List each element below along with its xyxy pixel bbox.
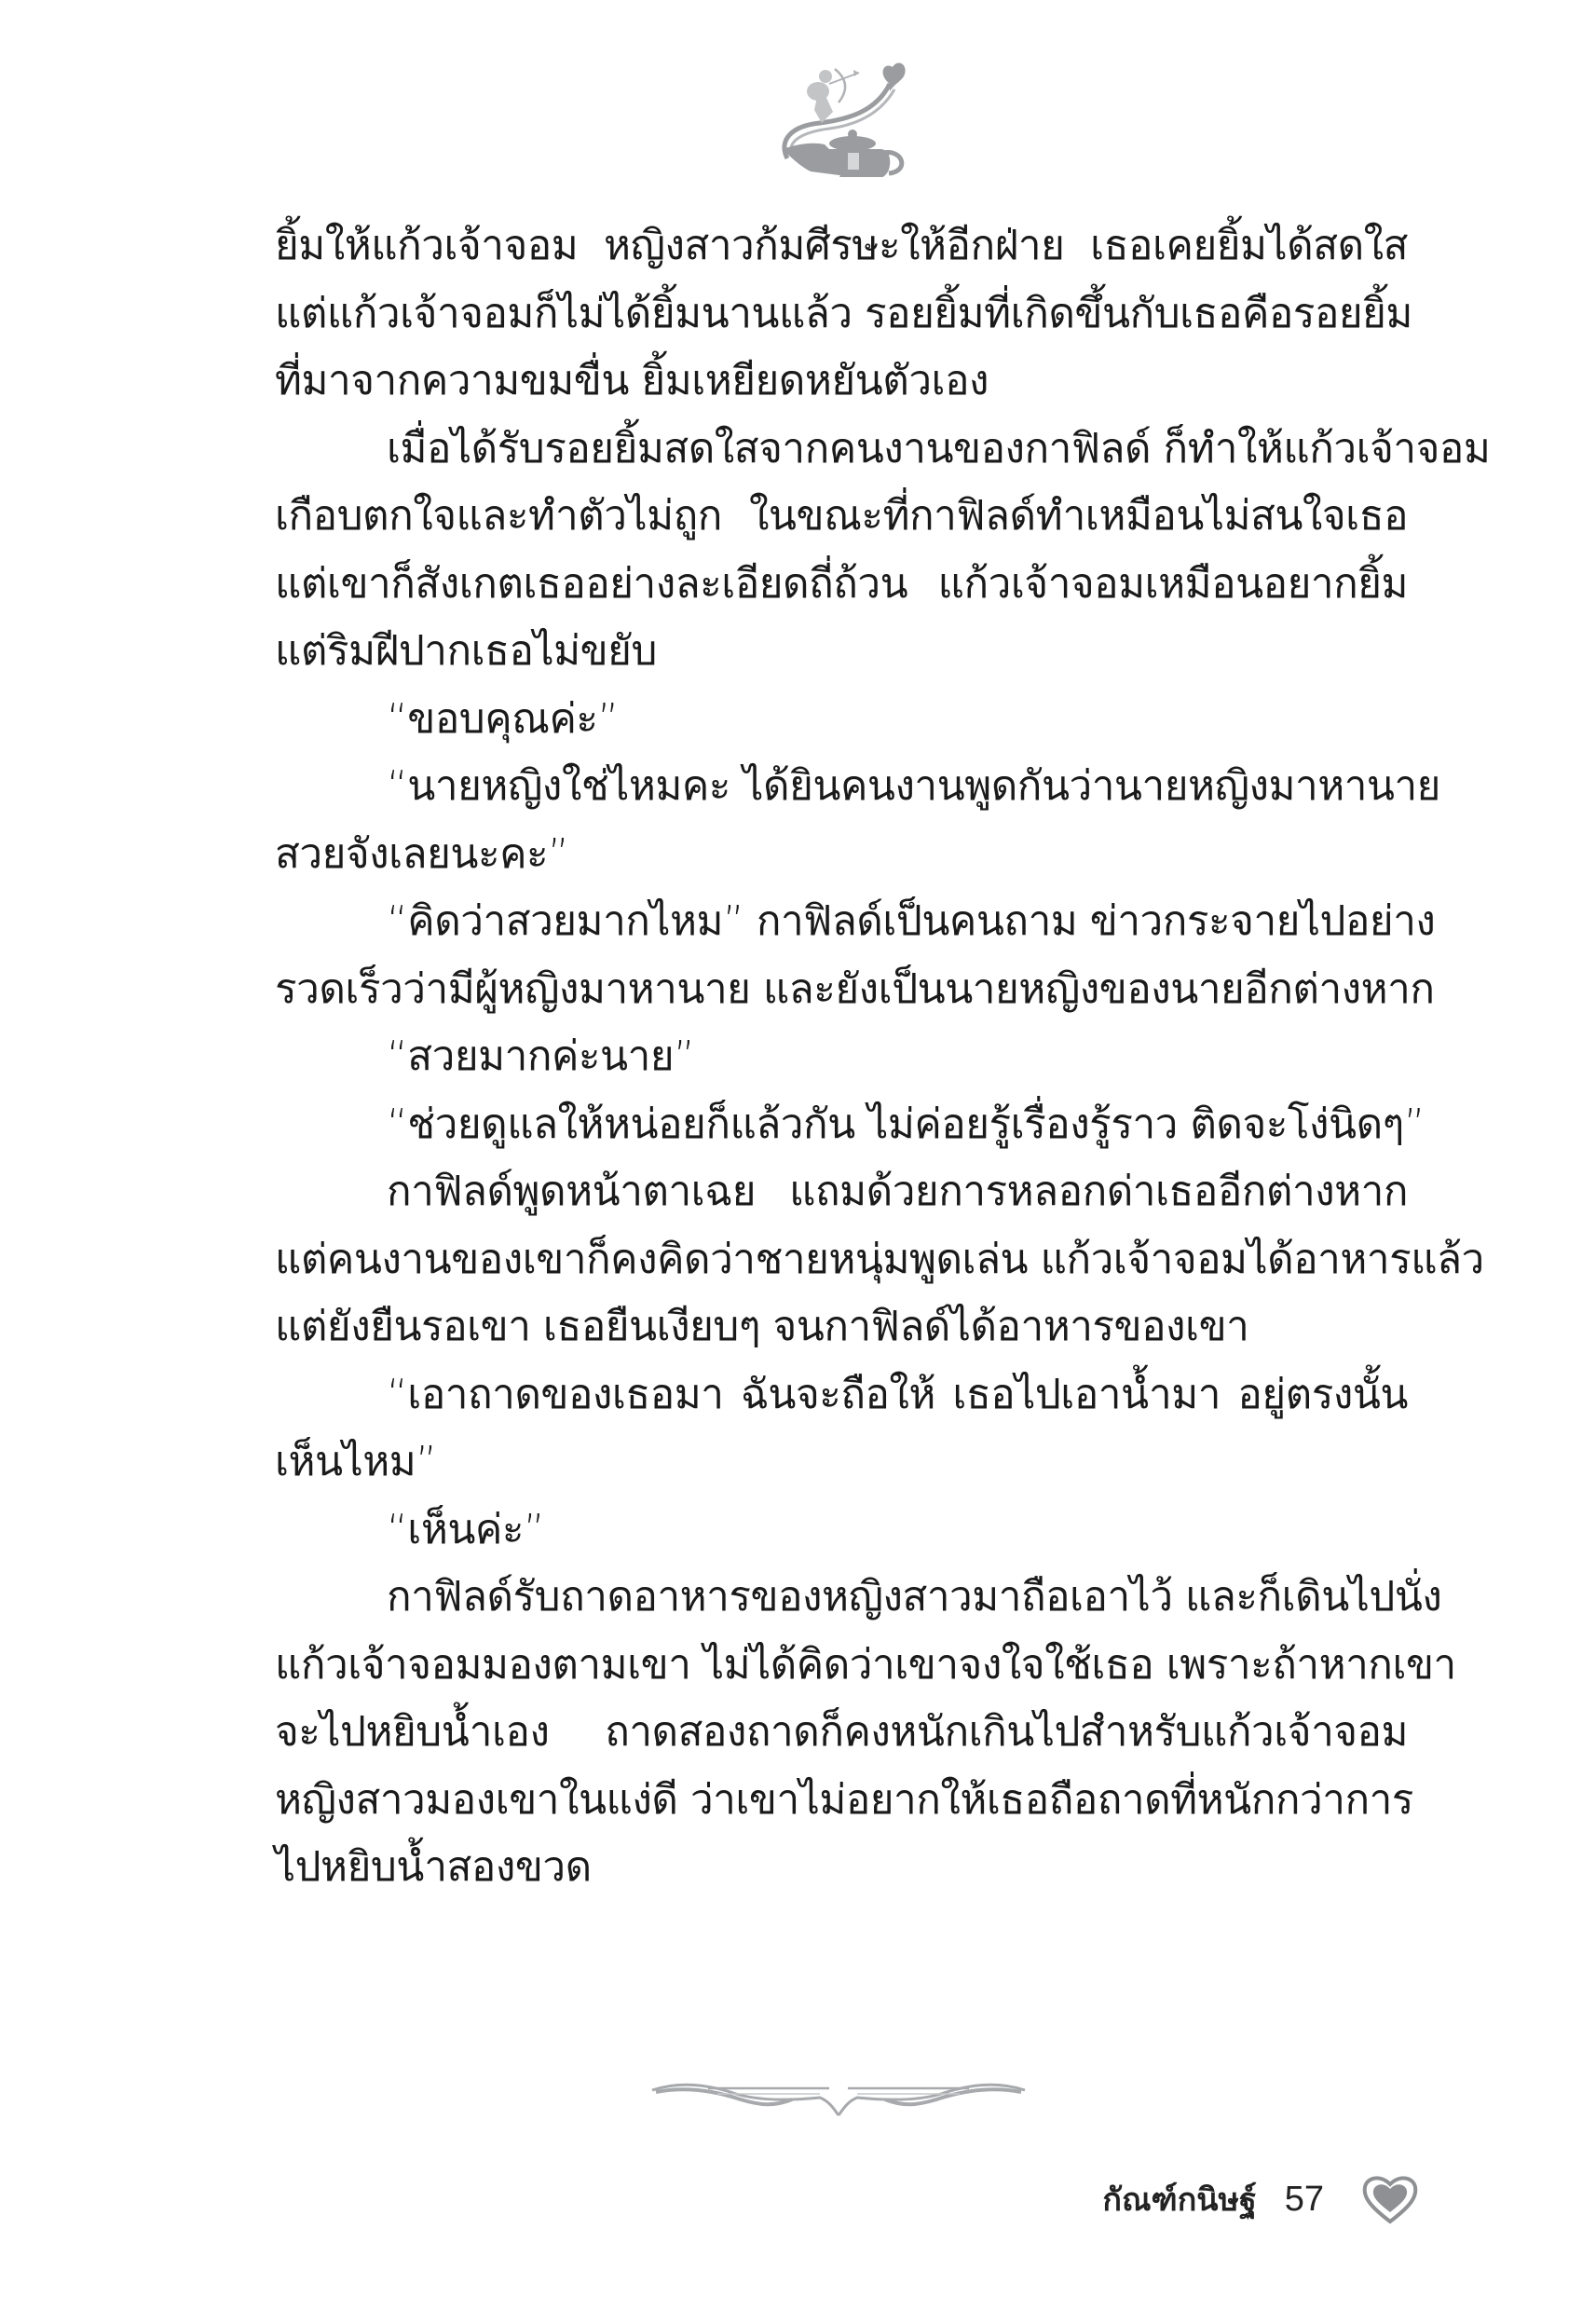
text-line-16: แต่คนงานของเขาก็คงคิดว่าชายหนุ่มพูดเล่น … [275,1226,1408,1294]
text-line-3: ที่มาจากความขมขื่น ยิ้มเหยียดหยันตัวเอง [275,348,1408,416]
text-line-17: แต่ยังยืนรอเขา เธอยืนเงียบๆ จนกาฟิลด์ได้… [275,1293,1408,1361]
text-line-2: แต่แก้วเจ้าจอมก็ไม่ได้ยิ้มนานแล้ว รอยยิ้… [275,280,1408,349]
text-line-14: “ช่วยดูแลให้หน่อยก็แล้วกัน ไม่ค่อยรู้เรื… [275,1091,1408,1159]
author-name: กัณฑ์กนิษฐ์ [1102,2174,1256,2224]
text-line-12: รวดเร็วว่ามีผู้หญิงมาหานาย และยังเป็นนาย… [275,956,1408,1024]
text-line-23: จะไปหยิบน้ำเอง ถาดสองถาดก็คงหนักเกินไปสำ… [275,1699,1408,1767]
page-body-text: ยิ้มให้แก้วเจ้าจอม หญิงสาวก้มศีรษะให้อีก… [275,212,1408,1902]
text-line-25: ไปหยิบน้ำสองขวด [275,1834,1408,1902]
page-footer: กัณฑ์กนิษฐ์ 57 [1102,2171,1419,2227]
text-line-5: เกือบตกใจและทำตัวไม่ถูก ในขณะที่กาฟิลด์ท… [275,483,1408,551]
text-line-20: “เห็นค่ะ” [275,1497,1408,1565]
text-line-7: แต่ริมฝีปากเธอไม่ขยับ [275,618,1408,686]
text-line-13: “สวยมากค่ะนาย” [275,1023,1408,1091]
text-line-10: สวยจังเลยนะคะ” [275,821,1408,889]
text-line-8: “ขอบคุณค่ะ” [275,686,1408,754]
text-line-15: กาฟิลด์พูดหน้าตาเฉย แถมด้วยการหลอกด่าเธอ… [275,1158,1408,1226]
page-number: 57 [1285,2180,1324,2220]
text-line-21: กาฟิลด์รับถาดอาหารของหญิงสาวมาถือเอาไว้ … [275,1564,1408,1632]
text-line-9: “นายหญิงใช่ไหมคะ ได้ยินคนงานพูดกันว่านาย… [275,753,1408,821]
text-line-11: “คิดว่าสวยมากไหม” กาฟิลด์เป็นคนถาม ข่าวก… [275,888,1408,956]
text-line-22: แก้วเจ้าจอมมองตามเขา ไม่ได้คิดว่าเขาจงใจ… [275,1632,1408,1700]
heart-icon [1361,2173,1419,2225]
cupid-teapot-ornament-icon [773,56,913,177]
text-line-4: เมื่อได้รับรอยยิ้มสดใสจากคนงานของกาฟิลด์… [275,416,1408,484]
text-line-19: เห็นไหม” [275,1429,1408,1497]
text-line-1: ยิ้มให้แก้วเจ้าจอม หญิงสาวก้มศีรษะให้อีก… [275,212,1408,280]
text-line-6: แต่เขาก็สังเกตเธออย่างละเอียดถี่ถ้วน แก้… [275,551,1408,619]
text-line-18: “เอาถาดของเธอมา ฉันจะถือให้ เธอไปเอาน้ำม… [275,1361,1408,1429]
text-line-24: หญิงสาวมองเขาในแง่ดี ว่าเขาไม่อยากให้เธอ… [275,1767,1408,1835]
scroll-flourish-divider-icon [643,2073,1034,2120]
